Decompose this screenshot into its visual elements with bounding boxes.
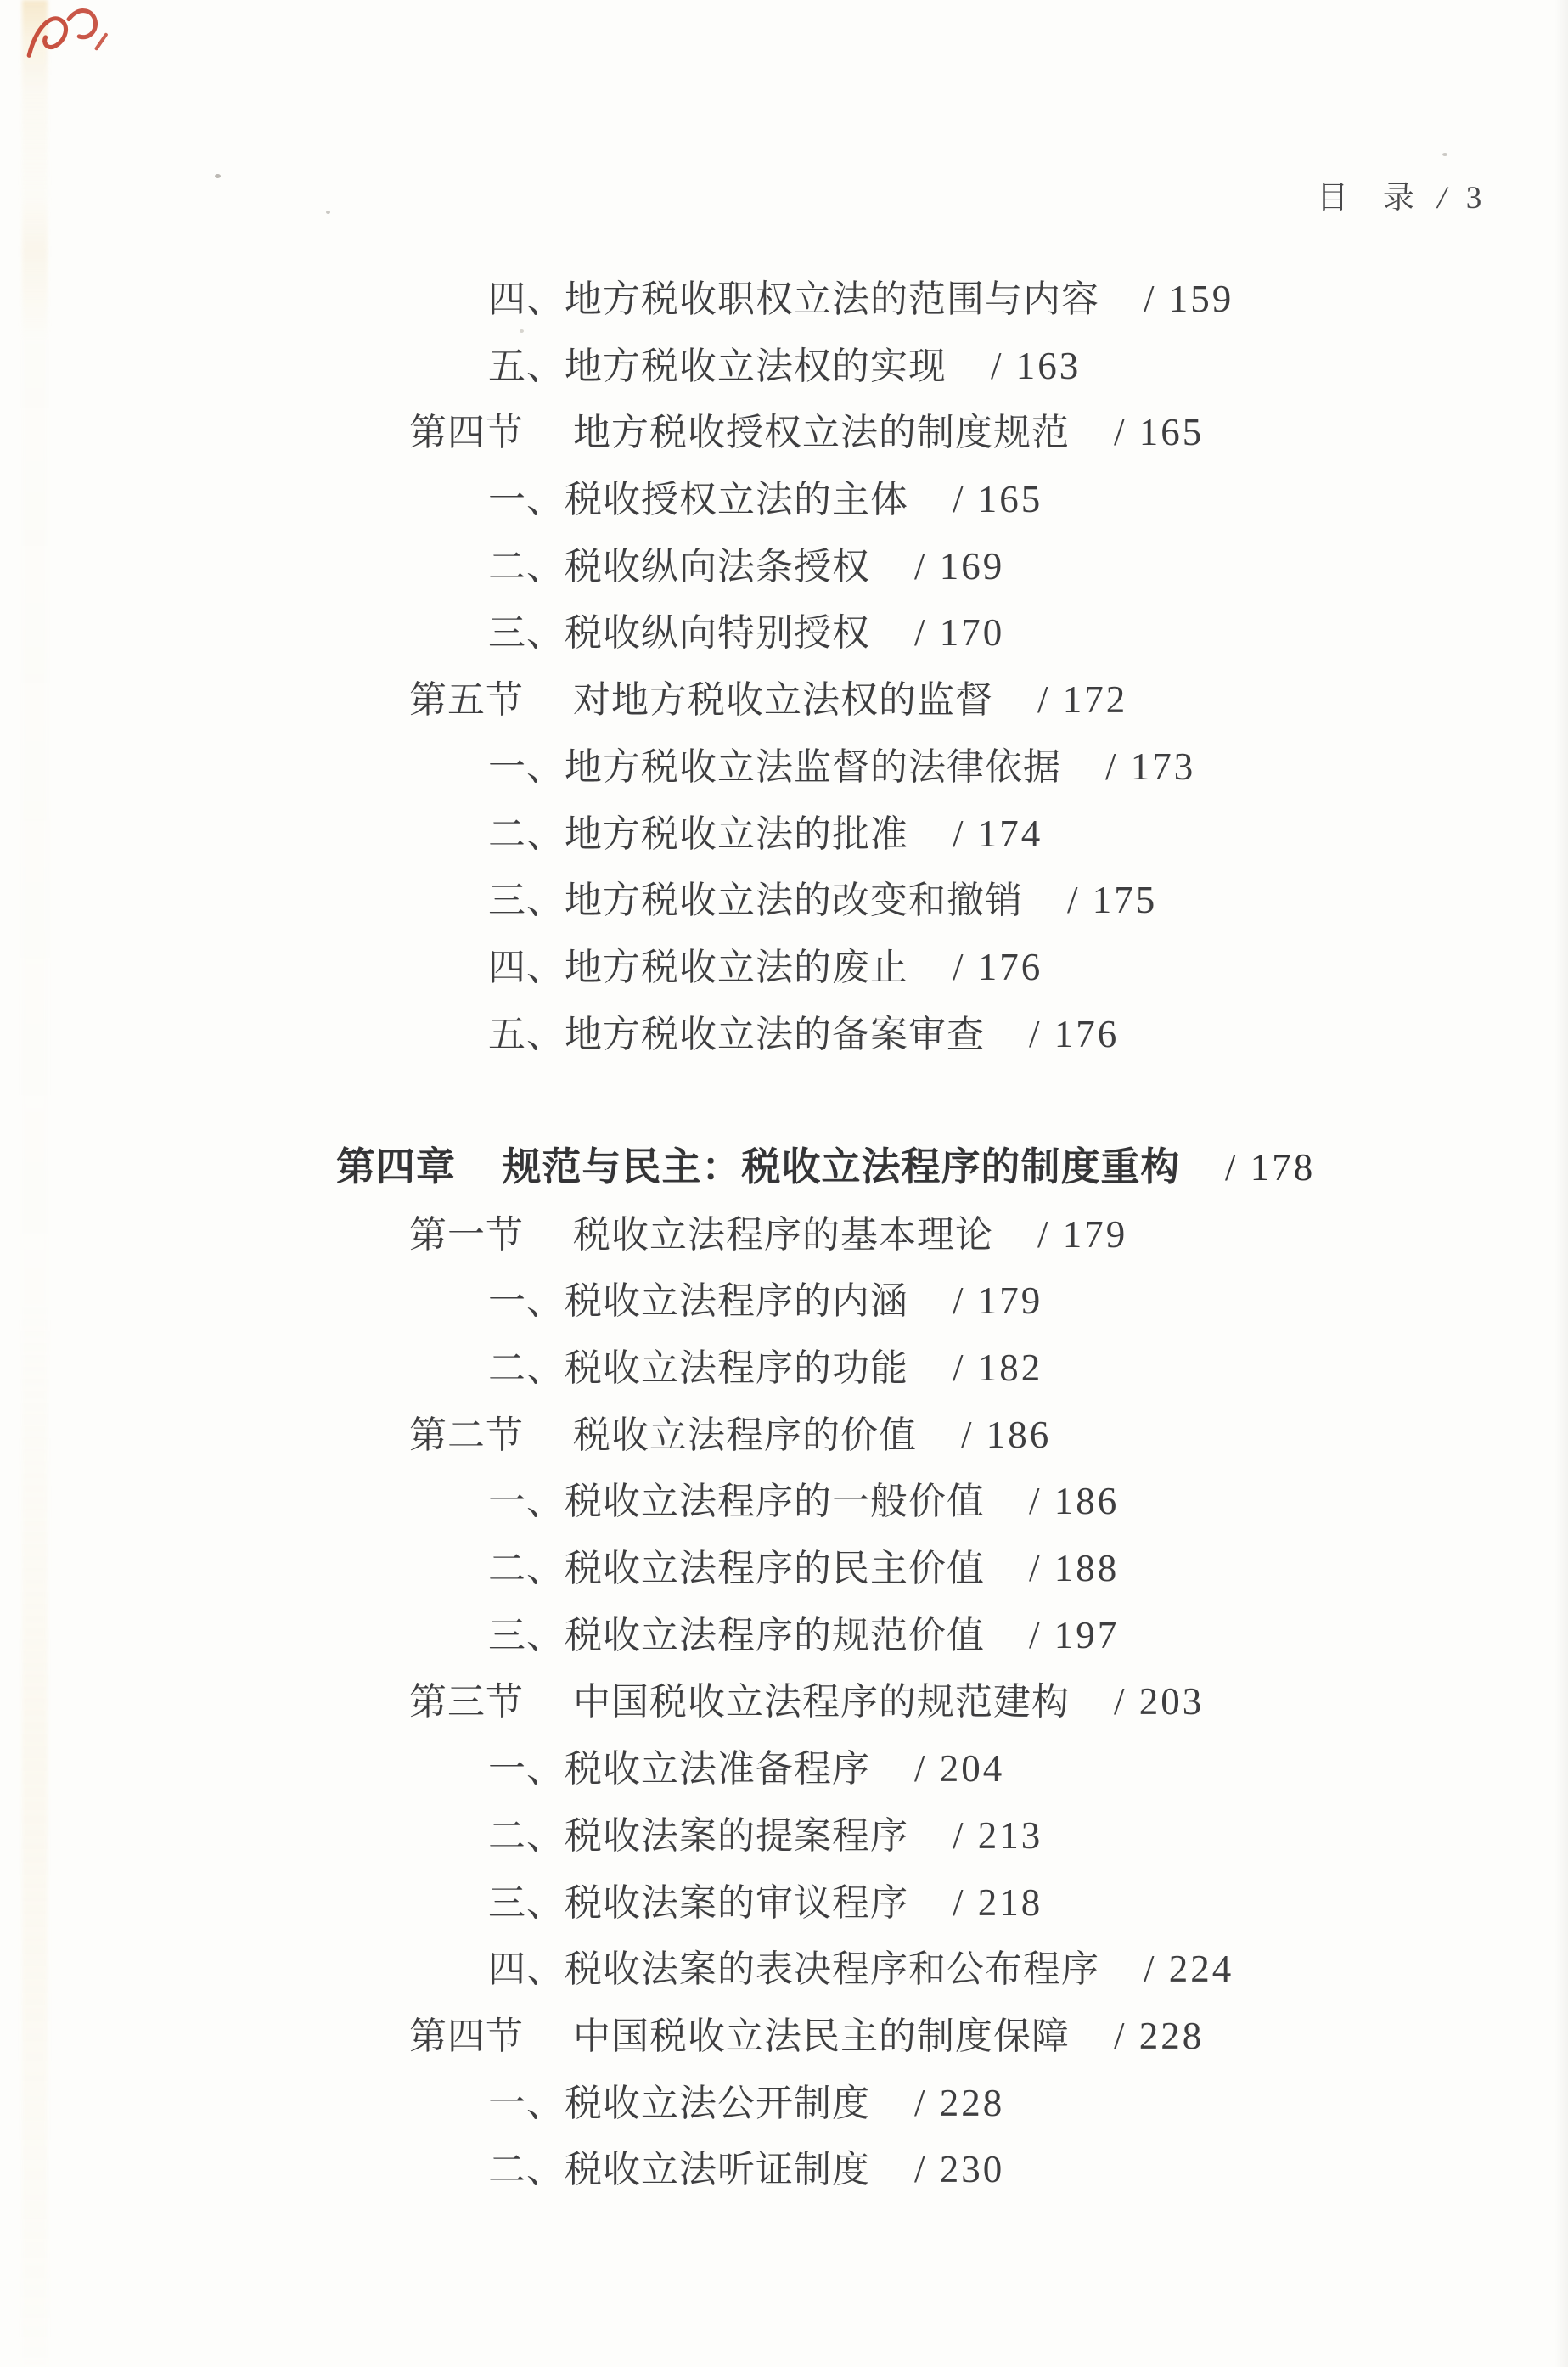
entry-title: 四、地方税收立法的废止 — [488, 947, 908, 988]
toc-entry: 五、地方税收立法权的实现 / 163 — [0, 333, 1568, 400]
entry-title: 二、地方税收立法的批准 — [488, 813, 908, 855]
toc-entry: 二、税收法案的提案程序 / 213 — [0, 1802, 1568, 1869]
toc-entry: 一、税收立法准备程序 / 204 — [0, 1735, 1568, 1802]
entry-page-ref: / 186 — [1029, 1480, 1119, 1522]
entry-page-ref: / 165 — [953, 478, 1043, 520]
page-header: 目 录 / 3 — [1317, 171, 1481, 217]
entry-title: 中国税收立法程序的规范建构 — [573, 1681, 1070, 1723]
toc-entry: 三、税收立法程序的规范价值 / 197 — [0, 1602, 1568, 1669]
toc-entry: 第一节 税收立法程序的基本理论 / 179 — [0, 1201, 1568, 1268]
entry-page-ref: / 176 — [953, 946, 1043, 988]
entry-title: 二、税收法案的提案程序 — [488, 1815, 908, 1857]
toc-list: 四、地方税收职权立法的范围与内容 / 159 五、地方税收立法权的实现 / 16… — [0, 266, 1568, 2203]
entry-title: 税收立法程序的基本理论 — [573, 1214, 993, 1256]
entry-label: 第四节 — [409, 412, 524, 453]
entry-page-ref: / 224 — [1144, 1948, 1234, 1990]
entry-title: 五、地方税收立法权的实现 — [488, 346, 947, 387]
entry-label: 第二节 — [409, 1414, 524, 1456]
toc-entry: 一、税收立法公开制度 / 228 — [0, 2070, 1568, 2137]
entry-title: 三、税收纵向特别授权 — [488, 612, 870, 654]
entry-title: 对地方税收立法权的监督 — [573, 679, 993, 721]
toc-entry: 第四节 中国税收立法民主的制度保障 / 228 — [0, 2003, 1568, 2070]
entry-page-ref: / 213 — [953, 1814, 1043, 1857]
toc-entry: 五、地方税收立法的备案审查 / 176 — [0, 1001, 1568, 1068]
toc-entry: 三、地方税收立法的改变和撤销 / 175 — [0, 867, 1568, 934]
entry-title: 中国税收立法民主的制度保障 — [573, 2016, 1070, 2057]
entry-title: 地方税收授权立法的制度规范 — [573, 412, 1070, 453]
toc-entry: 第三节 中国税收立法程序的规范建构 / 203 — [0, 1668, 1568, 1735]
entry-label: 第四章 — [336, 1145, 456, 1189]
entry-page-ref: / 218 — [953, 1881, 1043, 1924]
entry-page-ref: / 163 — [991, 345, 1081, 387]
toc-entry: 三、税收纵向特别授权 / 170 — [0, 599, 1568, 666]
entry-page-ref: / 176 — [1029, 1013, 1119, 1055]
entry-title: 二、税收立法程序的民主价值 — [488, 1548, 985, 1589]
entry-page-ref: / 178 — [1225, 1146, 1315, 1189]
entry-title: 四、地方税收职权立法的范围与内容 — [488, 278, 1099, 320]
header-page-number: 3 — [1466, 181, 1482, 216]
toc-entry: 四、地方税收职权立法的范围与内容 / 159 — [0, 266, 1568, 333]
entry-page-ref: / 173 — [1105, 745, 1195, 788]
entry-title: 四、税收法案的表决程序和公布程序 — [488, 1948, 1099, 1990]
entry-page-ref: / 228 — [1114, 2015, 1204, 2057]
entry-page-ref: / 169 — [914, 545, 1004, 588]
header-title: 目 录 — [1317, 181, 1416, 216]
entry-page-ref: / 188 — [1029, 1547, 1119, 1589]
entry-page-ref: / 170 — [914, 611, 1004, 654]
toc-entry: 三、税收法案的审议程序 / 218 — [0, 1869, 1568, 1937]
dust-speck — [326, 211, 330, 214]
toc-entry: 二、税收纵向法条授权 / 169 — [0, 533, 1568, 600]
entry-page-ref: / 197 — [1029, 1614, 1119, 1656]
toc-entry: 第四节 地方税收授权立法的制度规范 / 165 — [0, 399, 1568, 466]
toc-entry: 第五节 对地方税收立法权的监督 / 172 — [0, 666, 1568, 734]
entry-title: 三、税收法案的审议程序 — [488, 1882, 908, 1924]
entry-page-ref: / 172 — [1037, 678, 1127, 721]
toc-entry: 一、税收立法程序的一般价值 / 186 — [0, 1468, 1568, 1535]
toc-entry: 二、税收立法程序的民主价值 / 188 — [0, 1535, 1568, 1602]
entry-label: 第三节 — [409, 1681, 524, 1723]
dust-speck — [215, 174, 221, 178]
entry-title: 一、税收授权立法的主体 — [488, 479, 908, 520]
entry-label: 第五节 — [409, 679, 524, 721]
toc-entry: 一、地方税收立法监督的法律依据 / 173 — [0, 734, 1568, 801]
entry-page-ref: / 228 — [914, 2082, 1004, 2124]
entry-page-ref: / 204 — [914, 1747, 1004, 1790]
toc-entry: 四、地方税收立法的废止 / 176 — [0, 934, 1568, 1001]
toc-entry: 一、税收授权立法的主体 / 165 — [0, 466, 1568, 533]
entry-label: 第一节 — [409, 1214, 524, 1256]
entry-title: 五、地方税收立法的备案审查 — [488, 1014, 985, 1055]
entry-page-ref: / 179 — [1037, 1213, 1127, 1256]
entry-title: 二、税收立法程序的功能 — [488, 1347, 908, 1389]
red-pen-scribble — [19, 2, 114, 80]
entry-page-ref: / 174 — [953, 812, 1043, 855]
entry-title: 一、税收立法准备程序 — [488, 1748, 870, 1790]
entry-title: 税收立法程序的价值 — [573, 1414, 917, 1456]
toc-entry: 四、税收法案的表决程序和公布程序 / 224 — [0, 1936, 1568, 2003]
toc-entry: 二、地方税收立法的批准 / 174 — [0, 801, 1568, 868]
entry-page-ref: / 186 — [961, 1414, 1051, 1456]
header-separator: / — [1437, 181, 1446, 216]
toc-page: 目 录 / 3 四、地方税收职权立法的范围与内容 / 159 五、地方税收立法权… — [0, 0, 1568, 2367]
entry-page-ref: / 203 — [1114, 1680, 1204, 1723]
entry-label: 第四节 — [409, 2016, 524, 2057]
entry-page-ref: / 182 — [953, 1347, 1043, 1389]
entry-title: 三、地方税收立法的改变和撤销 — [488, 880, 1023, 921]
entry-page-ref: / 179 — [953, 1279, 1043, 1322]
entry-title: 二、税收立法听证制度 — [488, 2149, 870, 2190]
toc-entry: 一、税收立法程序的内涵 / 179 — [0, 1268, 1568, 1335]
entry-title: 一、税收立法程序的内涵 — [488, 1280, 908, 1322]
entry-title: 二、税收纵向法条授权 — [488, 546, 870, 588]
toc-entry: 第二节 税收立法程序的价值 / 186 — [0, 1402, 1568, 1469]
entry-title: 一、税收立法公开制度 — [488, 2083, 870, 2124]
toc-entry: 二、税收立法听证制度 / 230 — [0, 2136, 1568, 2203]
entry-page-ref: / 230 — [914, 2148, 1004, 2190]
entry-page-ref: / 175 — [1067, 879, 1157, 921]
entry-title: 一、税收立法程序的一般价值 — [488, 1481, 985, 1522]
entry-page-ref: / 159 — [1144, 278, 1234, 320]
toc-entry: 二、税收立法程序的功能 / 182 — [0, 1335, 1568, 1402]
entry-page-ref: / 165 — [1114, 411, 1204, 453]
toc-entry: 第四章 规范与民主：税收立法程序的制度重构 / 178 — [0, 1134, 1568, 1201]
entry-title: 一、地方税收立法监督的法律依据 — [488, 746, 1061, 788]
dust-speck — [1442, 153, 1447, 156]
entry-title: 三、税收立法程序的规范价值 — [488, 1615, 985, 1656]
entry-title: 规范与民主：税收立法程序的制度重构 — [503, 1145, 1181, 1189]
